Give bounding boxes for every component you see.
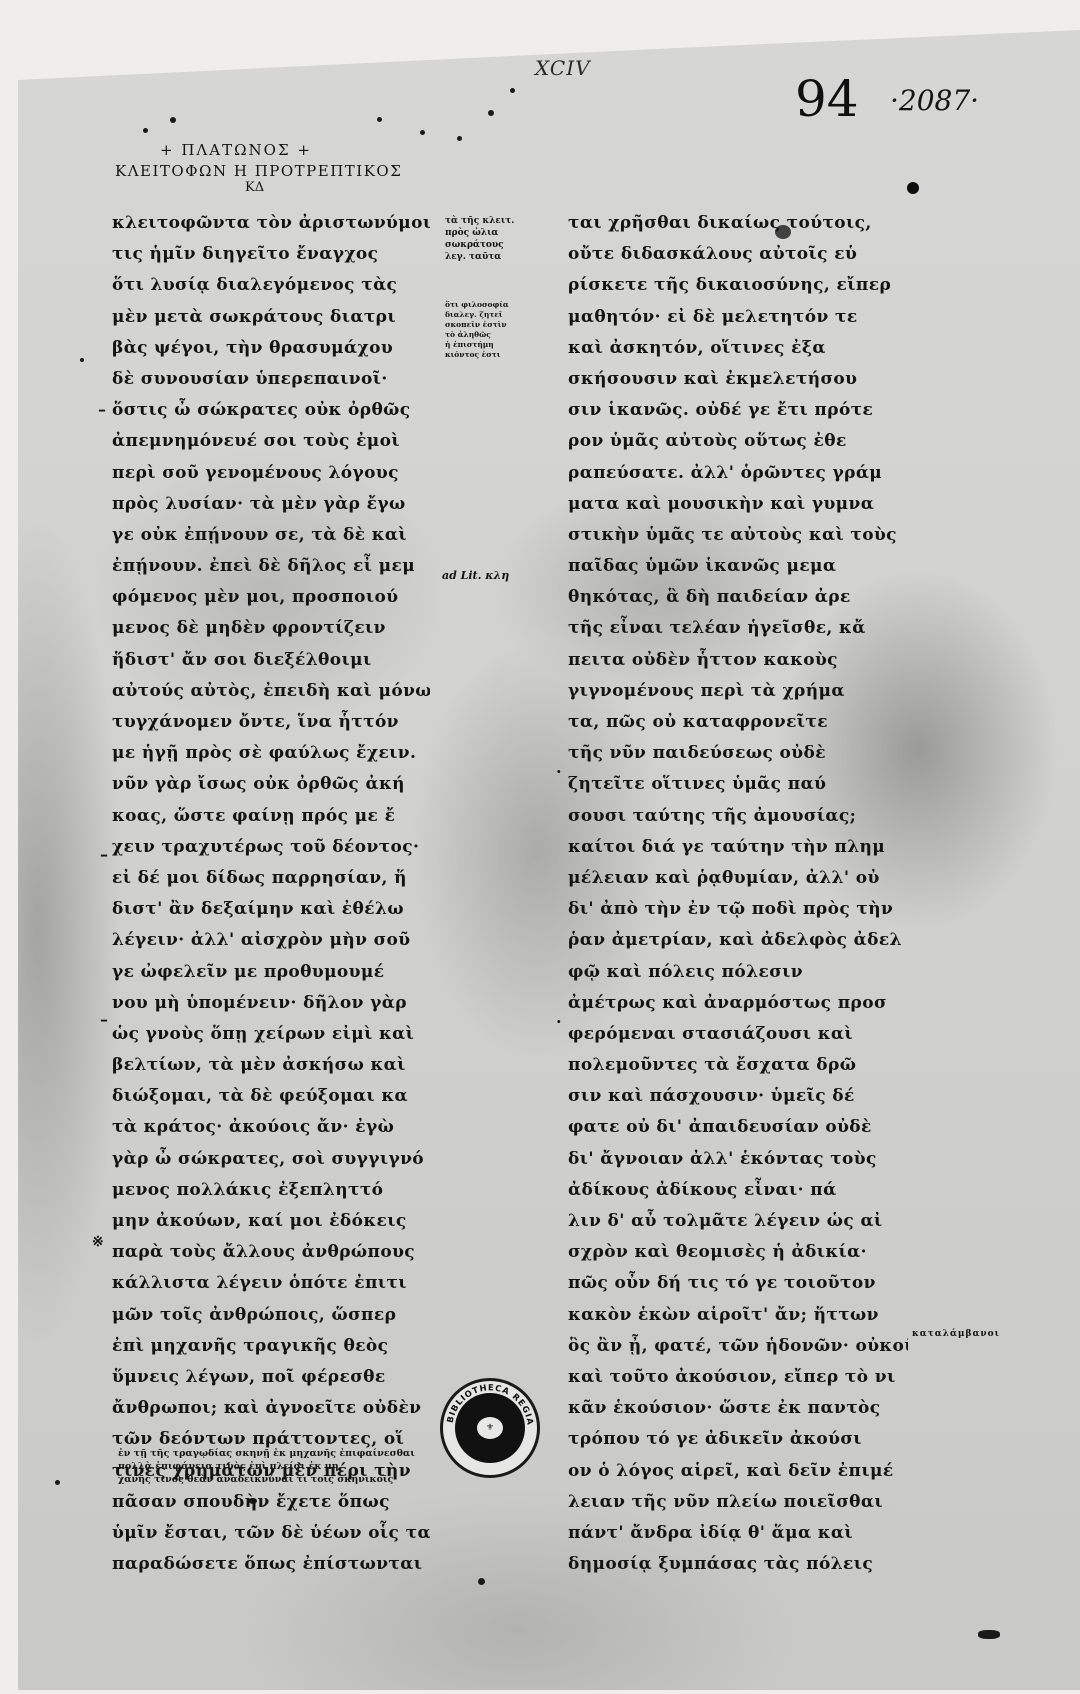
text-line: μενος πολλάκις ἐξεπληττό [112,1175,430,1206]
gloss-line: διαλεγ. ζητεῖ [445,310,509,320]
gloss-line: λεγ. ταῦτα [445,251,514,263]
text-line: σκήσουσιν καὶ ἐκμελετήσου [568,364,908,395]
text-line: φῷ καὶ πόλεις πόλεσιν [568,957,908,988]
text-line: λειαν τῆς νῦν πλείω ποιεῖσθαι [568,1487,908,1518]
text-line: δὲ συνουσίαν ὑπερεπαινοῖ· [112,364,430,395]
text-line: αὐτούς αὐτὸς, ἐπειδὴ καὶ μόνω [112,676,430,707]
text-line: στικὴν ὑμᾶς τε αὐτοὺς καὶ τοὺς [568,520,908,551]
text-line: πειτα οὐδὲν ἧττον κακοὺς [568,645,908,676]
text-line: ὅστις ὦ σώκρατες οὐκ ὀρθῶς [112,395,430,426]
folio-sub-number: ·2087· [890,84,979,117]
text-line: φατε οὐ δι' ἀπαιδευσίαν οὐδὲ [568,1112,908,1143]
text-line: οὔτε διδασκάλους αὐτοῖς εὑ [568,239,908,270]
margin-asterisk-mark: ※ [92,1234,104,1250]
ink-spot [170,117,176,123]
text-line: ρίσκετε τῆς δικαιοσύνης, εἴπερ [568,270,908,301]
text-line: μὲν μετὰ σωκράτους διατρι [112,302,430,333]
text-line: χειν τραχυτέρως τοῦ δέοντος· [112,832,430,863]
gloss-line: ἡ ἐπιστήμη [445,340,509,350]
text-line: τὰ κράτος· ἀκούοις ἄν· ἐγὼ [112,1112,430,1143]
text-line: λέγειν· ἀλλ' αἰσχρὸν μὴν σοῦ [112,925,430,956]
folio-number: 94 [795,74,859,124]
text-column-left: κλειτοφῶντα τὸν ἀριστωνύμου, τις ἡμῖν δι… [112,208,430,1580]
gloss-line: σωκράτους [445,239,514,251]
text-line: διστ' ἂν δεξαίμην καὶ ἐθέλω [112,894,430,925]
text-line: τυγχάνομεν ὄντε, ἵνα ἧττόν [112,707,430,738]
text-line: φερόμεναι στασιάζουσι καὶ [568,1019,908,1050]
gloss-line: ὅτι φιλοσοφία [445,300,509,310]
ink-spot [907,182,919,194]
text-line: πῶς οὖν δή τις τό γε τοιοῦτον [568,1268,908,1299]
text-line: βὰς ψέγοι, τὴν θρασυμάχου [112,333,430,364]
ink-spot [510,88,515,93]
text-line: κᾶν ἑκούσιον· ὥστε ἐκ παντὸς [568,1393,908,1424]
text-line: πάντ' ἄνδρα ἰδίᾳ θ' ἅμα καὶ [568,1518,908,1549]
scholion-footnote: ἐν τῇ τῆς τραγῳδίας σκηνῇ ἐκ μηχανῆς ἐπι… [118,1447,415,1486]
work-title: ΚΛΕΙΤΟΦΩΝ Η ΠΡΟΤΡΕΠΤΙΚΟΣ [115,162,402,180]
ink-spot [143,128,148,133]
text-line: σχρὸν καὶ θεομισὲς ἡ ἀδικία· [568,1237,908,1268]
text-line: περὶ σοῦ γενομένους λόγους [112,458,430,489]
text-line: παῖδας ὑμῶν ἱκανῶς μεμα [568,551,908,582]
text-line: γε οὐκ ἐπῄνουν σε, τὰ δὲ καὶ [112,520,430,551]
text-line: ἀμέτρως καὶ ἀναρμόστως προσ [568,988,908,1019]
marginal-gloss-right: καταλάμβανοι [912,1328,1000,1340]
shelfmark: XCIV [535,56,591,80]
library-stamp: BIBLIOTHECA REGIA ⚜ [440,1378,540,1478]
text-line: σιν ἱκανῶς. οὐδέ γε ἔτι πρότε [568,395,908,426]
marginal-note-latin: ad Lit. κλη [442,570,509,582]
footnote-line: χανῆς τινος θεὰν ἀναδεικνύναι τι τοῖς σκ… [118,1473,415,1486]
text-line: σουσι ταύτης τῆς ἀμουσίας; [568,801,908,832]
text-line: θηκότας, ἃ δὴ παιδείαν ἀρε [568,582,908,613]
ink-spot [488,110,494,116]
text-line: δι' ἄγνοιαν ἀλλ' ἑκόντας τοὺς [568,1144,908,1175]
gloss-line: πρὸς ὠλια [445,227,514,239]
text-line: μενος δὲ μηδὲν φροντίζειν [112,613,430,644]
text-line: ὅτι λυσίᾳ διαλεγόμενος τὰς [112,270,430,301]
gloss-line: τὸ ἀληθῶς [445,330,509,340]
text-line: ἀπεμνημόνευέ σοι τοὺς ἐμοὶ [112,426,430,457]
text-line: ται χρῆσθαι δικαίως τούτοις, [568,208,908,239]
text-line: κάλλιστα λέγειν ὁπότε ἐπιτι [112,1268,430,1299]
text-line: με ἡγῇ πρὸς σὲ φαύλως ἔχειν. [112,738,430,769]
text-line: ἀδίκους ἀδίκους εἶναι· πά [568,1175,908,1206]
ink-spot [978,1630,1000,1639]
text-line: ὃς ἂν ᾖ, φατέ, τῶν ἡδονῶν· οὐκοῦν [568,1331,908,1362]
text-line: νου μὴ ὑπομένειν· δῆλον γὰρ [112,988,430,1019]
ink-spot [457,136,462,141]
text-line: ὕμνεις λέγων, ποῖ φέρεσθε [112,1362,430,1393]
ink-spot [478,1578,485,1585]
text-line: παραδώσετε ὅπως ἐπίστωνται [112,1549,430,1580]
text-line: ρον ὑμᾶς αὐτοὺς οὕτως ἐθε [568,426,908,457]
text-line: ζητεῖτε οἵτινες ὑμᾶς παύ [568,769,908,800]
text-line: τα, πῶς οὐ καταφρονεῖτε [568,707,908,738]
text-line: παρὰ τοὺς ἄλλους ἀνθρώπους [112,1237,430,1268]
margin-dot-mark: · [556,762,562,781]
marginal-gloss-top: τὰ τῆς κλειτ. πρὸς ὠλια σωκράτους λεγ. τ… [445,215,514,263]
text-line: γε ὠφελεῖν με προθυμουμέ [112,957,430,988]
text-line: νῦν γὰρ ἴσως οὐκ ὀρθῶς ἀκή [112,769,430,800]
text-line: πᾶσαν σπουδὴν ἔχετε ὅπως [112,1487,430,1518]
margin-dash-mark: – [100,1010,108,1029]
ink-spot [80,358,84,362]
text-line: ἐπῄνουν. ἐπεὶ δὲ δῆλος εἶ μεμ [112,551,430,582]
text-line: τῆς εἶναι τελέαν ἡγεῖσθε, κἄ [568,613,908,644]
text-line: βελτίων, τὰ μὲν ἀσκήσω καὶ [112,1050,430,1081]
text-line: δι' ἀπὸ τὴν ἐν τῷ ποδὶ πρὸς τὴν [568,894,908,925]
text-line: λιν δ' αὖ τολμᾶτε λέγειν ὡς αἰ [568,1206,908,1237]
text-line: κοας, ὥστε φαίνῃ πρός με ἔ [112,801,430,832]
text-line: ἐπὶ μηχανῆς τραγικῆς θεὸς [112,1331,430,1362]
text-line: ματα καὶ μουσικὴν καὶ γυμνα [568,489,908,520]
text-line: καὶ ἀσκητόν, οἵτινες ἐξα [568,333,908,364]
margin-dash-mark: – [100,845,108,864]
text-line: σιν καὶ πάσχουσιν· ὑμεῖς δέ [568,1081,908,1112]
text-line: ἄνθρωποι; καὶ ἀγνοεῖτε οὐδὲν [112,1393,430,1424]
text-line: εἰ δέ μοι δίδως παρρησίαν, ἥ [112,863,430,894]
text-line: καίτοι διά γε ταύτην τὴν πλημ [568,832,908,863]
text-line: ὑμῖν ἔσται, τῶν δὲ ὑέων οἷς ταῦτα [112,1518,430,1549]
footnote-line: ἐν τῇ τῆς τραγῳδίας σκηνῇ ἐκ μηχανῆς ἐπι… [118,1447,415,1460]
gloss-line: κιόντος ἐστι [445,350,509,360]
text-line: μέλειαν καὶ ῥᾳθυμίαν, ἀλλ' οὐ [568,863,908,894]
text-line: ον ὁ λόγος αἱρεῖ, καὶ δεῖν ἐπιμέ [568,1456,908,1487]
text-line: πολεμοῦντες τὰ ἔσχατα δρῶ [568,1050,908,1081]
text-line: φόμενος μὲν μοι, προσποιού [112,582,430,613]
text-line: τῆς νῦν παιδεύσεως οὐδὲ [568,738,908,769]
text-line: μην ἀκούων, καί μοι ἐδόκεις [112,1206,430,1237]
text-line: καὶ τοῦτο ἀκούσιον, εἴπερ τὸ νι [568,1362,908,1393]
text-line: ἥδιστ' ἄν σοι διεξέλθοιμι [112,645,430,676]
text-line: γὰρ ὦ σώκρατες, σοὶ συγγιγνό [112,1144,430,1175]
text-line: διώξομαι, τὰ δὲ φεύξομαι κα [112,1081,430,1112]
text-line: ὡς γνοὺς ὅπῃ χείρων εἰμὶ καὶ [112,1019,430,1050]
author-heading: + ΠΛΑΤΩΝΟΣ + [160,141,312,159]
text-line: μῶν τοῖς ἀνθρώποις, ὥσπερ [112,1300,430,1331]
ink-spot [377,117,382,122]
text-line: μαθητόν· εἰ δὲ μελετητόν τε [568,302,908,333]
ink-spot [55,1480,60,1485]
text-line: ραπεύσατε. ἀλλ' ὁρῶντες γράμ [568,458,908,489]
text-line: κλειτοφῶντα τὸν ἀριστωνύμου, [112,208,430,239]
footnote-line: πολλὰ ἐπιφάνεια τινὸς ἐπὶ πλείσι ἐκ μη [118,1460,415,1473]
stamp-inscription: BIBLIOTHECA REGIA [443,1381,537,1475]
work-number: ΚΔ [245,180,264,195]
marginal-gloss-philosophy: ὅτι φιλοσοφία διαλεγ. ζητεῖ σκοπεῖν ἐστὶ… [445,300,509,360]
text-line: ῥαν ἀμετρίαν, καὶ ἀδελφὸς ἀδελ [568,925,908,956]
text-line: πρὸς λυσίαν· τὰ μὲν γὰρ ἔγω [112,489,430,520]
margin-dot-mark: · [556,1012,562,1031]
text-line: τις ἡμῖν διηγεῖτο ἔναγχος [112,239,430,270]
page-bottom-margin [0,1690,1080,1694]
text-line: κακὸν ἑκὼν αἱροῖτ' ἄν; ἥττων [568,1300,908,1331]
text-line: τρόπου τό γε ἀδικεῖν ἀκούσι [568,1424,908,1455]
text-line: γιγνομένους περὶ τὰ χρήμα [568,676,908,707]
text-line: δημοσίᾳ ξυμπάσας τὰς πόλεις [568,1549,908,1580]
ink-spot [420,130,425,135]
margin-dash-mark: – [98,400,106,419]
gloss-line: σκοπεῖν ἐστὶν [445,320,509,330]
text-column-right: ται χρῆσθαι δικαίως τούτοις, οὔτε διδασκ… [568,208,908,1580]
gloss-line: τὰ τῆς κλειτ. [445,215,514,227]
svg-text:BIBLIOTHECA REGIA: BIBLIOTHECA REGIA [445,1382,536,1426]
